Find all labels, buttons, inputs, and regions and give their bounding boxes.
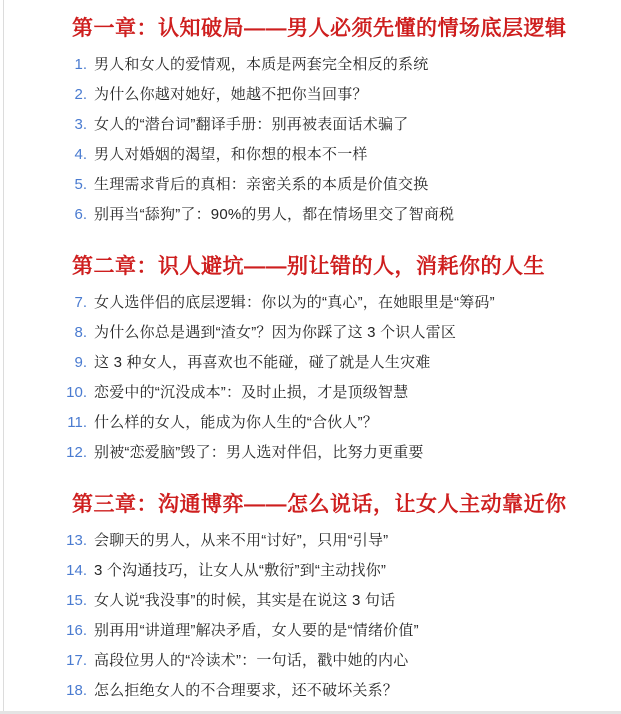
item-text: 生理需求背后的真相：亲密关系的本质是价值交换 xyxy=(94,170,621,200)
item-number: 5. xyxy=(4,170,87,200)
item-text: 怎么拒绝女人的不合理要求，还不破坏关系？ xyxy=(94,676,621,706)
item-text: 为什么你越对她好，她越不把你当回事？ xyxy=(94,80,621,110)
list-item: 3. 女人的“潜台词”翻译手册：别再被表面话术骗了 xyxy=(4,110,621,140)
item-number: 13. xyxy=(4,526,87,556)
item-number: 17. xyxy=(4,646,87,676)
item-text: 女人选伴侣的底层逻辑：你以为的“真心”，在她眼里是“筹码” xyxy=(94,288,621,318)
item-text: 恋爱中的“沉没成本”：及时止损，才是顶级智慧 xyxy=(94,378,621,408)
chapter-title: 第一章：认知破局——男人必须先懂的情场底层逻辑 xyxy=(72,16,621,42)
item-text: 女人说“我没事”的时候，其实是在说这 3 句话 xyxy=(94,586,621,616)
toc-content: 第一章：认知破局——男人必须先懂的情场底层逻辑 1. 男人和女人的爱情观，本质是… xyxy=(3,0,621,711)
chapter-section-1: 第一章：认知破局——男人必须先懂的情场底层逻辑 1. 男人和女人的爱情观，本质是… xyxy=(4,16,621,230)
item-text: 这 3 种女人，再喜欢也不能碰，碰了就是人生灾难 xyxy=(94,348,621,378)
item-number: 15. xyxy=(4,586,87,616)
list-item: 1. 男人和女人的爱情观，本质是两套完全相反的系统 xyxy=(4,50,621,80)
item-text: 别再用“讲道理”解决矛盾，女人要的是“情绪价值” xyxy=(94,616,621,646)
chapter-section-3: 第三章：沟通博弈——怎么说话，让女人主动靠近你 13. 会聊天的男人，从来不用“… xyxy=(4,492,621,706)
item-text: 高段位男人的“冷读术”：一句话，戳中她的内心 xyxy=(94,646,621,676)
list-item: 6. 别再当“舔狗”了：90%的男人，都在情场里交了智商税 xyxy=(4,200,621,230)
list-item: 4. 男人对婚姻的渴望，和你想的根本不一样 xyxy=(4,140,621,170)
item-number: 12. xyxy=(4,438,87,468)
item-text: 别被“恋爱脑”毁了：男人选对伴侣，比努力更重要 xyxy=(94,438,621,468)
list-item: 18. 怎么拒绝女人的不合理要求，还不破坏关系？ xyxy=(4,676,621,706)
item-text: 女人的“潜台词”翻译手册：别再被表面话术骗了 xyxy=(94,110,621,140)
list-item: 5. 生理需求背后的真相：亲密关系的本质是价值交换 xyxy=(4,170,621,200)
list-item: 11. 什么样的女人，能成为你人生的“合伙人”？ xyxy=(4,408,621,438)
chapter-title: 第二章：识人避坑——别让错的人，消耗你的人生 xyxy=(72,254,621,280)
item-number: 3. xyxy=(4,110,87,140)
item-number: 6. xyxy=(4,200,87,230)
list-item: 17. 高段位男人的“冷读术”：一句话，戳中她的内心 xyxy=(4,646,621,676)
item-text: 为什么你总是遇到“渣女”？因为你踩了这 3 个识人雷区 xyxy=(94,318,621,348)
list-item: 15. 女人说“我没事”的时候，其实是在说这 3 句话 xyxy=(4,586,621,616)
item-number: 10. xyxy=(4,378,87,408)
list-item: 2. 为什么你越对她好，她越不把你当回事？ xyxy=(4,80,621,110)
list-item: 8. 为什么你总是遇到“渣女”？因为你踩了这 3 个识人雷区 xyxy=(4,318,621,348)
item-text: 会聊天的男人，从来不用“讨好”，只用“引导” xyxy=(94,526,621,556)
item-text: 男人对婚姻的渴望，和你想的根本不一样 xyxy=(94,140,621,170)
item-number: 1. xyxy=(4,50,87,80)
list-item: 9. 这 3 种女人，再喜欢也不能碰，碰了就是人生灾难 xyxy=(4,348,621,378)
item-text: 什么样的女人，能成为你人生的“合伙人”？ xyxy=(94,408,621,438)
list-item: 14. 3 个沟通技巧，让女人从“敷衍”到“主动找你” xyxy=(4,556,621,586)
item-number: 16. xyxy=(4,616,87,646)
chapter-section-2: 第二章：识人避坑——别让错的人，消耗你的人生 7. 女人选伴侣的底层逻辑：你以为… xyxy=(4,254,621,468)
item-number: 7. xyxy=(4,288,87,318)
list-item: 7. 女人选伴侣的底层逻辑：你以为的“真心”，在她眼里是“筹码” xyxy=(4,288,621,318)
item-text: 3 个沟通技巧，让女人从“敷衍”到“主动找你” xyxy=(94,556,621,586)
list-item: 10. 恋爱中的“沉没成本”：及时止损，才是顶级智慧 xyxy=(4,378,621,408)
chapter-title: 第三章：沟通博弈——怎么说话，让女人主动靠近你 xyxy=(72,492,621,518)
item-number: 14. xyxy=(4,556,87,586)
item-number: 8. xyxy=(4,318,87,348)
item-text: 男人和女人的爱情观，本质是两套完全相反的系统 xyxy=(94,50,621,80)
list-item: 12. 别被“恋爱脑”毁了：男人选对伴侣，比努力更重要 xyxy=(4,438,621,468)
chapter-list: 13. 会聊天的男人，从来不用“讨好”，只用“引导” 14. 3 个沟通技巧，让… xyxy=(4,526,621,706)
toc-page: 第一章：认知破局——男人必须先懂的情场底层逻辑 1. 男人和女人的爱情观，本质是… xyxy=(0,0,621,714)
chapter-list: 7. 女人选伴侣的底层逻辑：你以为的“真心”，在她眼里是“筹码” 8. 为什么你… xyxy=(4,288,621,468)
item-number: 9. xyxy=(4,348,87,378)
item-number: 4. xyxy=(4,140,87,170)
item-number: 2. xyxy=(4,80,87,110)
item-text: 别再当“舔狗”了：90%的男人，都在情场里交了智商税 xyxy=(94,200,621,230)
item-number: 11. xyxy=(4,408,87,438)
chapter-list: 1. 男人和女人的爱情观，本质是两套完全相反的系统 2. 为什么你越对她好，她越… xyxy=(4,50,621,230)
item-number: 18. xyxy=(4,676,87,706)
list-item: 16. 别再用“讲道理”解决矛盾，女人要的是“情绪价值” xyxy=(4,616,621,646)
list-item: 13. 会聊天的男人，从来不用“讨好”，只用“引导” xyxy=(4,526,621,556)
